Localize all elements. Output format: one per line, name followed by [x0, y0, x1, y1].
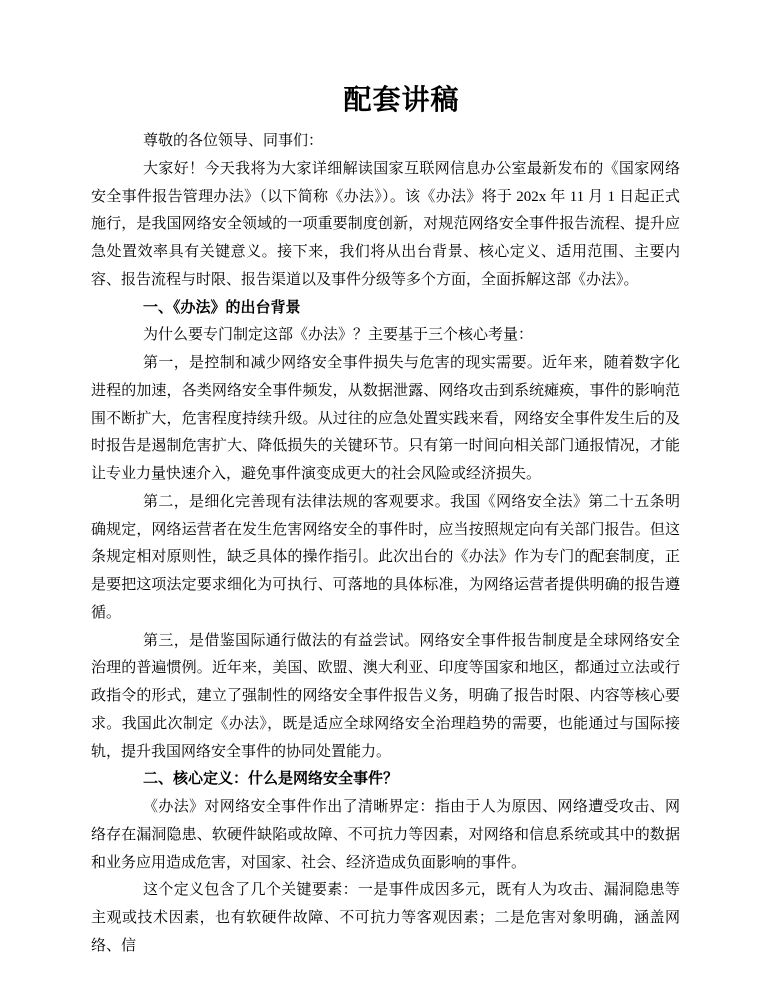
section-heading-1: 一、《办法》的出台背景 — [91, 295, 680, 323]
section1-lead-paragraph: 为什么要专门制定这部《办法》？主要基于三个核心考量： — [91, 322, 680, 350]
section1-point2-paragraph: 第二，是细化完善现有法律法规的客观要求。我国《网络安全法》第二十五条明确规定，网… — [91, 489, 680, 628]
section-heading-2: 二、核心定义：什么是网络安全事件？ — [91, 766, 680, 794]
page-title: 配套讲稿 — [107, 84, 696, 118]
document-page: 配套讲稿 尊敬的各位领导、同事们： 大家好！今天我将为大家详细解读国家互联网信息… — [0, 0, 770, 1000]
intro-paragraph: 大家好！今天我将为大家详细解读国家互联网信息办公室最新发布的《国家网络安全事件报… — [91, 156, 680, 295]
section2-elements-paragraph: 这个定义包含了几个关键要素：一是事件成因多元，既有人为攻击、漏洞隐患等主观或技术… — [91, 877, 680, 960]
section2-definition-paragraph: 《办法》对网络安全事件作出了清晰界定：指由于人为原因、网络遭受攻击、网络存在漏洞… — [91, 794, 680, 877]
salutation-paragraph: 尊敬的各位领导、同事们： — [91, 128, 680, 156]
section1-point1-paragraph: 第一，是控制和减少网络安全事件损失与危害的现实需要。近年来，随着数字化进程的加速… — [91, 350, 680, 489]
section1-point3-paragraph: 第三，是借鉴国际通行做法的有益尝试。网络安全事件报告制度是全球网络安全治理的普遍… — [91, 628, 680, 767]
